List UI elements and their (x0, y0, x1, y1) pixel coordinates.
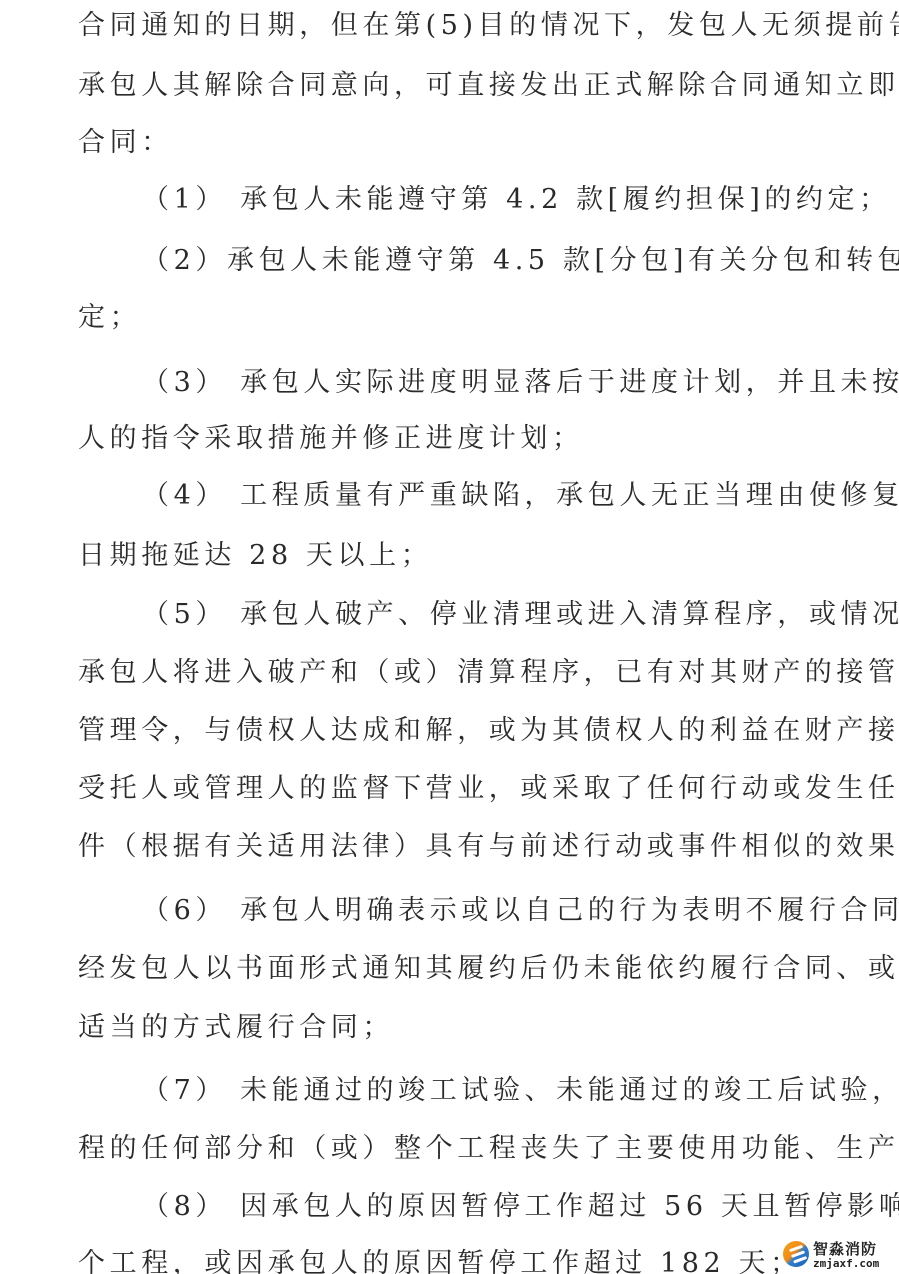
text-line: 适当的方式履行合同； (78, 1010, 394, 1046)
text-line: 定； (78, 300, 141, 336)
text-line: 合同通知的日期，但在第(5)目的情况下，发包人无须提前告知 (78, 8, 899, 44)
text-line: 经发包人以书面形式通知其履约后仍未能依约履行合同、或以不 (78, 951, 899, 987)
text-line: 合同： (78, 125, 173, 161)
clause-8: （8） 因承包人的原因暂停工作超过 56 天且暂停影响到整 (142, 1189, 899, 1225)
text-line: 日期拖延达 28 天以上； (78, 538, 432, 574)
clause-5: （5） 承包人破产、停业清理或进入清算程序，或情况表明 (142, 597, 899, 633)
clause-2: （2）承包人未能遵守第 4.5 款[分包]有关分包和转包的约 (142, 243, 899, 279)
text-line: 受托人或管理人的监督下营业，或采取了任何行动或发生任何事 (78, 771, 899, 807)
watermark-logo: 智淼消防 zmjaxf.com (783, 1239, 895, 1271)
text-line: 承包人将进入破产和（或）清算程序，已有对其财产的接管令或 (78, 655, 899, 691)
text-line: 件（根据有关适用法律）具有与前述行动或事件相似的效果； (78, 829, 899, 865)
clause-7: （7） 未能通过的竣工试验、未能通过的竣工后试验，使工 (142, 1073, 899, 1109)
clause-6: （6） 承包人明确表示或以自己的行为表明不履行合同、或 (142, 893, 899, 929)
clause-3: （3） 承包人实际进度明显落后于进度计划，并且未按发包 (142, 365, 899, 401)
watermark-name: 智淼消防 (813, 1238, 877, 1259)
zm-logo-icon (783, 1241, 809, 1267)
watermark-url: zmjaxf.com (813, 1257, 879, 1270)
clause-4: （4） 工程质量有严重缺陷，承包人无正当理由使修复开始 (142, 478, 899, 514)
text-line: 程的任何部分和（或）整个工程丧失了主要使用功能、生产功能； (78, 1131, 899, 1167)
text-line: 人的指令采取措施并修正进度计划； (78, 421, 584, 457)
text-line: 个工程，或因承包人的原因暂停工作超过 182 天； (78, 1246, 802, 1274)
text-line: 管理令，与债权人达成和解，或为其债权人的利益在财产接管人、 (78, 713, 899, 749)
text-line: 承包人其解除合同意向，可直接发出正式解除合同通知立即解除 (78, 68, 899, 104)
clause-1: （1） 承包人未能遵守第 4.2 款[履约担保]的约定； (142, 182, 891, 218)
